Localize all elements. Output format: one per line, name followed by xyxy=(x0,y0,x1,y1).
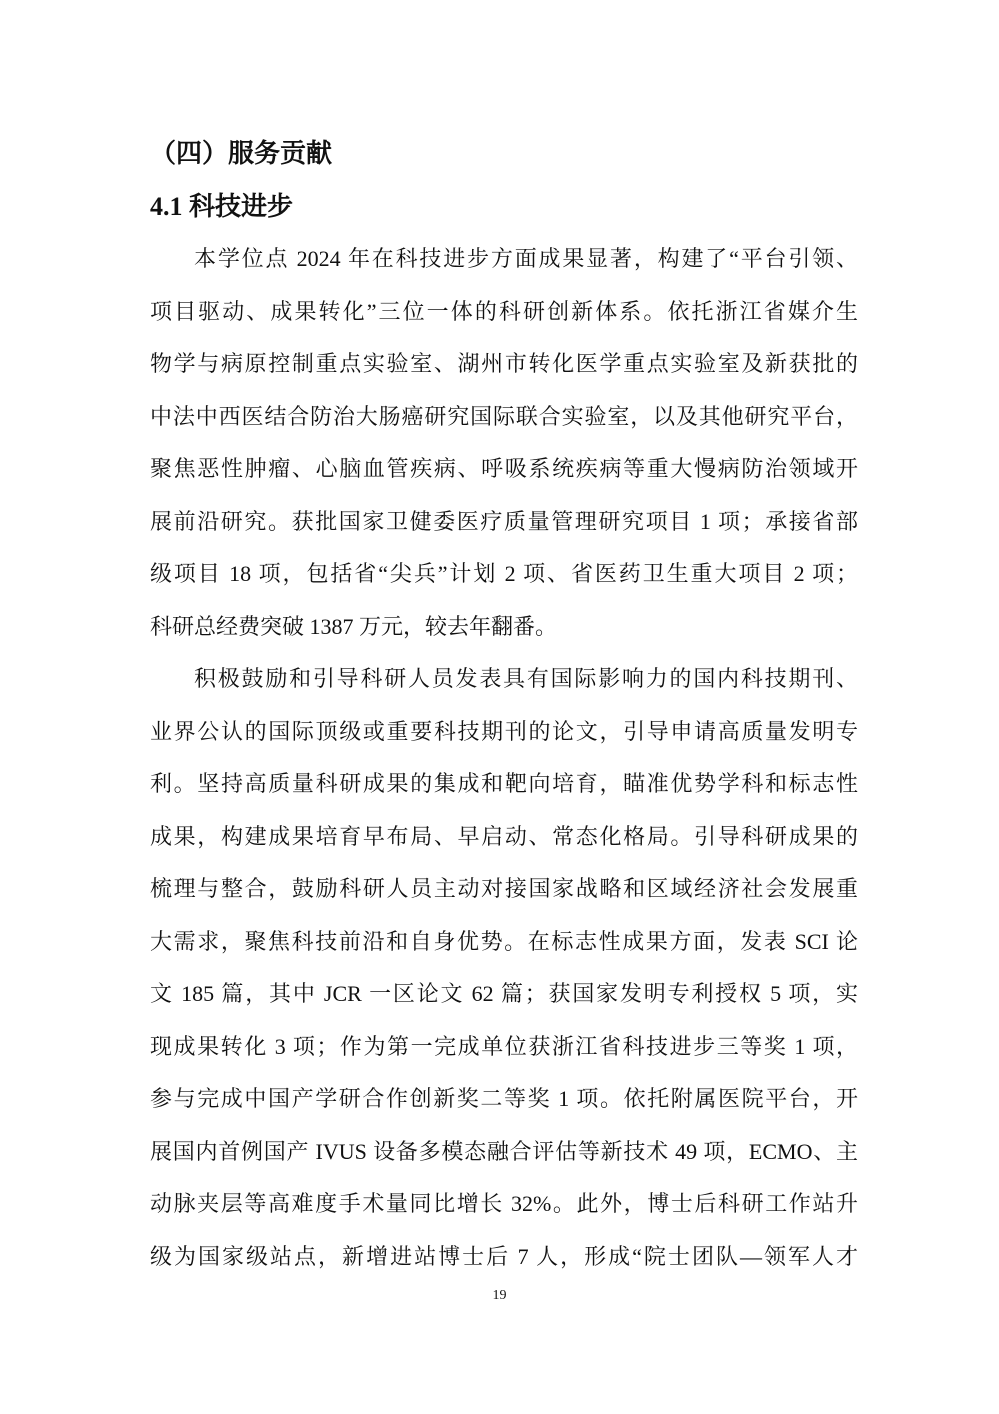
paragraph-line: 文 185 篇，其中 JCR 一区论文 62 篇；获国家发明专利授权 5 项，实 xyxy=(150,968,858,1021)
paragraph-line: 级项目 18 项，包括省“尖兵”计划 2 项、省医药卫生重大项目 2 项； xyxy=(150,548,858,601)
paragraph-line: 利。坚持高质量科研成果的集成和靶向培育，瞄准优势学科和标志性 xyxy=(150,758,858,811)
paragraph-line: 业界公认的国际顶级或重要科技期刊的论文，引导申请高质量发明专 xyxy=(150,706,858,759)
document-page: （四）服务贡献 4.1 科技进步 本学位点 2024 年在科技进步方面成果显著，… xyxy=(0,0,999,1414)
paragraph-line: 积极鼓励和引导科研人员发表具有国际影响力的国内科技期刊、 xyxy=(150,653,858,706)
paragraph-1: 本学位点 2024 年在科技进步方面成果显著，构建了“平台引领、 项目驱动、成果… xyxy=(150,233,858,653)
paragraph-line: 聚焦恶性肿瘤、心脑血管疾病、呼吸系统疾病等重大慢病防治领域开 xyxy=(150,443,858,496)
section-heading: （四）服务贡献 xyxy=(150,128,858,181)
paragraph-line: 物学与病原控制重点实验室、湖州市转化医学重点实验室及新获批的 xyxy=(150,338,858,391)
paragraph-line: 动脉夹层等高难度手术量同比增长 32%。此外，博士后科研工作站升 xyxy=(150,1178,858,1231)
paragraph-line: 大需求，聚焦科技前沿和自身优势。在标志性成果方面，发表 SCI 论 xyxy=(150,916,858,969)
paragraph-2: 积极鼓励和引导科研人员发表具有国际影响力的国内科技期刊、 业界公认的国际顶级或重… xyxy=(150,653,858,1283)
paragraph-line: 本学位点 2024 年在科技进步方面成果显著，构建了“平台引领、 xyxy=(150,233,858,286)
paragraph-line: 项目驱动、成果转化”三位一体的科研创新体系。依托浙江省媒介生 xyxy=(150,286,858,339)
paragraph-line: 展前沿研究。获批国家卫健委医疗质量管理研究项目 1 项；承接省部 xyxy=(150,496,858,549)
paragraph-line: 参与完成中国产学研合作创新奖二等奖 1 项。依托附属医院平台，开 xyxy=(150,1073,858,1126)
paragraph-line: 现成果转化 3 项；作为第一完成单位获浙江省科技进步三等奖 1 项， xyxy=(150,1021,858,1074)
paragraph-line: 梳理与整合，鼓励科研人员主动对接国家战略和区域经济社会发展重 xyxy=(150,863,858,916)
page-number: 19 xyxy=(0,1286,999,1306)
paragraph-line: 展国内首例国产 IVUS 设备多模态融合评估等新技术 49 项，ECMO、主 xyxy=(150,1126,858,1179)
paragraph-line: 中法中西医结合防治大肠癌研究国际联合实验室，以及其他研究平台， xyxy=(150,391,858,444)
paragraph-line: 级为国家级站点，新增进站博士后 7 人，形成“院士团队—领军人才 xyxy=(150,1231,858,1284)
paragraph-line: 成果，构建成果培育早布局、早启动、常态化格局。引导科研成果的 xyxy=(150,811,858,864)
page-content: （四）服务贡献 4.1 科技进步 本学位点 2024 年在科技进步方面成果显著，… xyxy=(150,128,858,1283)
subsection-heading: 4.1 科技进步 xyxy=(150,181,858,234)
paragraph-line: 科研总经费突破 1387 万元，较去年翻番。 xyxy=(150,601,858,654)
